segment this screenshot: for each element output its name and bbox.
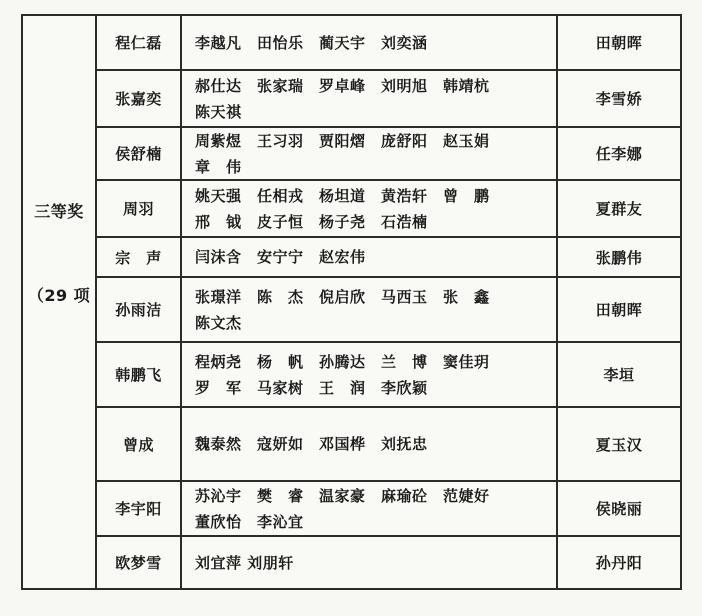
advisor-cell: 张鹏伟: [558, 238, 680, 278]
leader-cell: 韩鹏飞: [97, 343, 182, 408]
prize-category-cell: 三等奖 （29 项: [23, 16, 97, 588]
leader-cell: 欧梦雪: [97, 537, 182, 588]
members-line: 闫沫含 安宁宁 赵宏伟: [195, 244, 366, 270]
leader-cell: 李宇阳: [97, 482, 182, 537]
members-line: 姚天强 任相戎 杨坦道 黄浩轩 曾 鹏: [195, 183, 490, 209]
advisor-cell: 夏玉汉: [558, 408, 680, 482]
leader-cell: 程仁磊: [97, 16, 182, 71]
members-cell: 张璟洋 陈 杰 倪启欣 马西玉 张 鑫 陈文杰: [182, 278, 558, 343]
members-line: 李越凡 田怡乐 蔺天宇 刘奕涵: [195, 30, 428, 56]
prize-category-count: （29 项: [28, 282, 90, 310]
leader-cell: 宗 声: [97, 238, 182, 278]
members-line: 周紫煜 王习羽 贾阳熠 庞舒阳 赵玉娟: [195, 128, 490, 154]
leader-cell: 周羽: [97, 181, 182, 238]
members-line: 陈天祺: [195, 99, 242, 125]
members-cell: 魏泰然 寇妍如 邓国桦 刘抚忠: [182, 408, 558, 482]
advisor-cell: 田朝晖: [558, 16, 680, 71]
members-cell: 闫沫含 安宁宁 赵宏伟: [182, 238, 558, 278]
leader-cell: 曾成: [97, 408, 182, 482]
advisor-cell: 李雪娇: [558, 71, 680, 128]
members-line: 程炳尧 杨 帆 孙腾达 兰 博 窦佳玥: [195, 349, 490, 375]
members-line: 邢 钺 皮子恒 杨子尧 石浩楠: [195, 209, 428, 235]
advisor-cell: 任李娜: [558, 128, 680, 181]
leader-cell: 张嘉奕: [97, 71, 182, 128]
leader-cell: 孙雨洁: [97, 278, 182, 343]
members-line: 罗 军 马家树 王 润 李欣颖: [195, 375, 428, 401]
members-cell: 苏沁宇 樊 睿 温家豪 麻瑜砼 范婕好 董欣怡 李沁宜: [182, 482, 558, 537]
advisor-cell: 侯晓丽: [558, 482, 680, 537]
members-cell: 周紫煜 王习羽 贾阳熠 庞舒阳 赵玉娟 章 伟: [182, 128, 558, 181]
members-line: 张璟洋 陈 杰 倪启欣 马西玉 张 鑫: [195, 284, 490, 310]
advisor-cell: 孙丹阳: [558, 537, 680, 588]
members-cell: 程炳尧 杨 帆 孙腾达 兰 博 窦佳玥 罗 军 马家树 王 润 李欣颖: [182, 343, 558, 408]
members-line: 苏沁宇 樊 睿 温家豪 麻瑜砼 范婕好: [195, 483, 490, 509]
members-cell: 刘宜萍 刘朋轩: [182, 537, 558, 588]
prize-category-title: 三等奖: [28, 198, 90, 226]
leader-cell: 侯舒楠: [97, 128, 182, 181]
members-line: 郝仕达 张家瑞 罗卓峰 刘明旭 韩靖杭: [195, 73, 490, 99]
members-line: 陈文杰: [195, 310, 242, 336]
members-line: 董欣怡 李沁宜: [195, 509, 304, 535]
advisor-cell: 李垣: [558, 343, 680, 408]
members-line: 刘宜萍 刘朋轩: [195, 550, 294, 576]
members-cell: 郝仕达 张家瑞 罗卓峰 刘明旭 韩靖杭 陈天祺: [182, 71, 558, 128]
advisor-cell: 夏群友: [558, 181, 680, 238]
members-line: 魏泰然 寇妍如 邓国桦 刘抚忠: [195, 431, 428, 457]
members-cell: 李越凡 田怡乐 蔺天宇 刘奕涵: [182, 16, 558, 71]
members-line: 章 伟: [195, 154, 242, 180]
advisor-cell: 田朝晖: [558, 278, 680, 343]
members-cell: 姚天强 任相戎 杨坦道 黄浩轩 曾 鹏 邢 钺 皮子恒 杨子尧 石浩楠: [182, 181, 558, 238]
awards-table: 三等奖 （29 项 程仁磊 李越凡 田怡乐 蔺天宇 刘奕涵 田朝晖 张嘉奕 郝仕…: [21, 14, 682, 590]
